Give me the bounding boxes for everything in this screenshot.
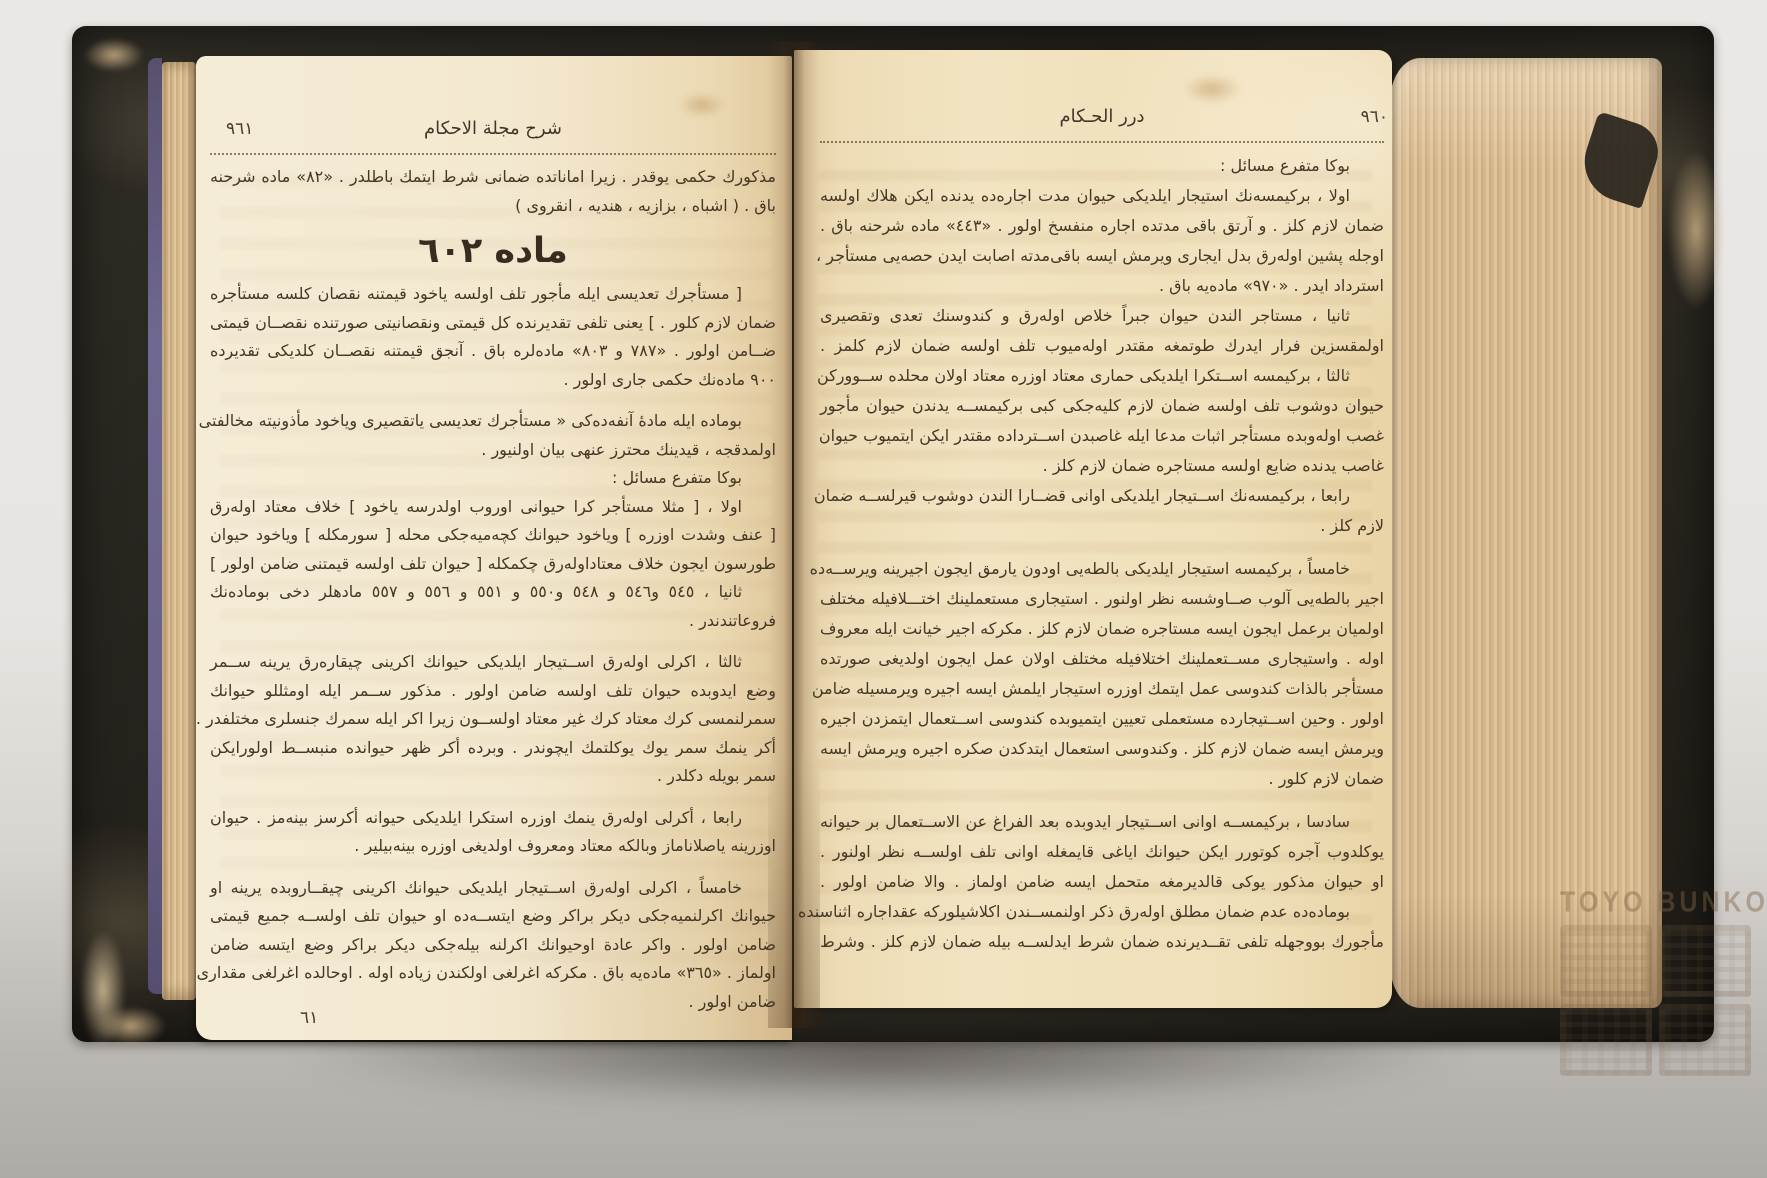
article-602-heading: ماده ٦٠٢ (210, 230, 776, 272)
text-line: رابعا ، بركيمسه‌نك اســتيجار ايلديكى اوا… (820, 481, 1384, 511)
right-page-header: ٩٦٠ درر الحـكام (820, 106, 1384, 138)
text-line: مذكورك حكمى يوقدر . زيرا اماناتده ضمانى … (210, 163, 776, 192)
header-rule (820, 141, 1384, 143)
text-line: اوزرينه ياصلاناماز وبالكه معتاد ومعروف ا… (210, 832, 776, 861)
text-line: ضامن اولور . واكر عادة اوحيوانك اكرلنه ب… (210, 931, 776, 960)
text-line: اولمدقجه ، قيدينك محترز عنهى بيان اولنيو… (210, 436, 776, 465)
text-line: ثانيا ، مستاجر الندن حيوان جبراً خلاص او… (820, 301, 1384, 331)
text-line: ضمان لازم كلز . و آرتق باقى مدتده اجاره … (820, 211, 1384, 241)
text-line: بوماده‌ده عدم ضمان مطلق اوله‌رق ذكر اولن… (820, 897, 1384, 927)
text-line: ضامن اولور . (210, 988, 776, 1017)
left-page: ٩٦١ شرح مجلة الاحكام مذكورك حكمى يوقدر .… (196, 56, 792, 1040)
text-line: مأجورك بووجهله تلفى تقــديرنده ضمان شرط … (820, 927, 1384, 957)
text-line: غصب اوله‌وبده مستأجر اثبات مدعا ايله غاص… (820, 421, 1384, 451)
text-line: اولميان برعمل ايجون ايسه مستاجره ضمان لا… (820, 614, 1384, 644)
text-line: سمر بويله دكلدر . (210, 762, 776, 791)
cover-wear-top-left (84, 38, 144, 72)
text-line: ضمان لازم كلور . (820, 764, 1384, 794)
foxing-spot (678, 92, 726, 118)
text-line: ثانيا ، ٥٤٥ و٥٤٦ و ٥٤٨ و٥٥٠ و ٥٥١ و ٥٥٦ … (210, 578, 776, 607)
foxing-spot (1182, 74, 1242, 104)
header-rule (210, 153, 776, 155)
text-line: استرداد ايدر . «٩٧٠» ماده‌يه باق . (820, 271, 1384, 301)
text-line: أكر ينمك سمر يوك يوكلتمك ايچوندر . وبرده… (210, 734, 776, 763)
text-line: سادسا ، بركيمســه اوانى اســتيجار ايدوبد… (820, 807, 1384, 837)
text-line: ويرمش ايسه ضمان لازم كلز . وكندوسى استعم… (820, 734, 1384, 764)
text-line: سمرلنمسى كرك معتاد كرك غير معتاد اولســو… (210, 705, 776, 734)
text-line: وضع ايدوبده حيوان تلف اولسه ضامن اولور .… (210, 677, 776, 706)
text-line: مستأجر بالذات كندوسى عمل ايتمك اوزره است… (820, 674, 1384, 704)
left-page-header-title: شرح مجلة الاحكام (210, 118, 776, 139)
text-line: باق . ( اشباه ، بزازيه ، هنديه ، انقروى … (210, 192, 776, 221)
photo-background: ٩٦١ شرح مجلة الاحكام مذكورك حكمى يوقدر .… (0, 0, 1767, 1178)
right-page-header-title: درر الحـكام (820, 106, 1384, 127)
left-page-edges (162, 62, 196, 1000)
text-line: اولا ، بركيمسه‌نك استيجار ايلديكى حيوان … (820, 181, 1384, 211)
text-line: [ مستأجرك تعديسى ايله مأجور تلف اولسه يا… (210, 280, 776, 309)
cover-wear-bottom-left-corner (96, 1006, 166, 1046)
text-line: رابعا ، أكرلى اوله‌رق ينمك اوزره استكرا … (210, 804, 776, 833)
endpaper-edge (148, 58, 162, 994)
text-line: ضمان لازم كلور . ] يعنى تلفى تقديرنده كل… (210, 309, 776, 338)
text-line: حيوانك اكرلنميه‌جكى ديكر براكر وضع ايتسـ… (210, 902, 776, 931)
text-line: بوكا متفرع مسائل : (820, 151, 1384, 181)
text-line: اولور . وحين اســتيجارده مستعملى تعيين ا… (820, 704, 1384, 734)
text-line: اولا ، [ مثلا مستأجر كرا حيوانى اوروب او… (210, 493, 776, 522)
text-line: خامساً ، اكرلى اوله‌رق اســتيجار ايلديكى… (210, 874, 776, 903)
signature-mark: ٦١ (300, 1008, 318, 1028)
text-line: خامساً ، بركيمسه استيجار ايلديكى بالطه‌ي… (820, 554, 1384, 584)
text-line: بوماده ايله مادهٔ آنفه‌ده‌كى « مستأجرك ت… (210, 407, 776, 436)
text-line: ثالثا ، بركيمسه اســتكرا ايلديكى حمارى م… (820, 361, 1384, 391)
text-line: بوكا متفرع مسائل : (210, 464, 776, 493)
text-line: طورسون ايجون خلاف معتاداوله‌رق چكمكله [ … (210, 550, 776, 579)
text-line: اجير بالطه‌يى آلوب صــاوشسه نظر اولنور .… (820, 584, 1384, 614)
text-line: اوجله پشين اوله‌رق بدل ايجارى ويرمش ايسه… (820, 241, 1384, 271)
text-line: اولماز . «٣٦٥» ماده‌يه باق . مكركه اغرلغ… (210, 959, 776, 988)
text-line: غاصب يدنده ضايع اولسه مستاجره ضمان لازم … (820, 451, 1384, 481)
text-line: فروعاتندندر . (210, 607, 776, 636)
left-page-number: ٩٦١ (226, 119, 253, 139)
text-line: ضــامن اولور . «٧٨٧ و ٨٠٣» ماده‌لره باق … (210, 337, 776, 366)
text-line: حيوان دوشوب تلف اولسه ضمان لازم كليه‌جكى… (820, 391, 1384, 421)
left-page-header: ٩٦١ شرح مجلة الاحكام (210, 118, 776, 150)
right-page-number: ٩٦٠ (1361, 107, 1388, 127)
text-line: اوله . واستيجارى مســتعملينك اختلافيله م… (820, 644, 1384, 674)
text-line: اولمقسزين فرار ايدرك طوتمغه مقتدر اوله‌م… (820, 331, 1384, 361)
cover-wear-top-right (1668, 150, 1724, 310)
text-line: ٩٠٠ ماده‌نك حكمى جارى اولور . (210, 366, 776, 395)
text-line: او حيوان مذكور يوكى قالديرمغه متحمل ايسه… (820, 867, 1384, 897)
text-line: ثالثا ، اكرلى اوله‌رق اســتيجار ايلديكى … (210, 648, 776, 677)
text-line: يوكلدوب آجره كوتورر ايكن حيوانك اياغى قا… (820, 837, 1384, 867)
right-page: ٩٦٠ درر الحـكام بوكا متفرع مسائل :اولا ،… (794, 50, 1392, 1008)
text-line: لازم كلز . (820, 511, 1384, 541)
text-line: [ عنف وشدت اوزره ] وياخود حيوانك كچه‌ميه… (210, 521, 776, 550)
